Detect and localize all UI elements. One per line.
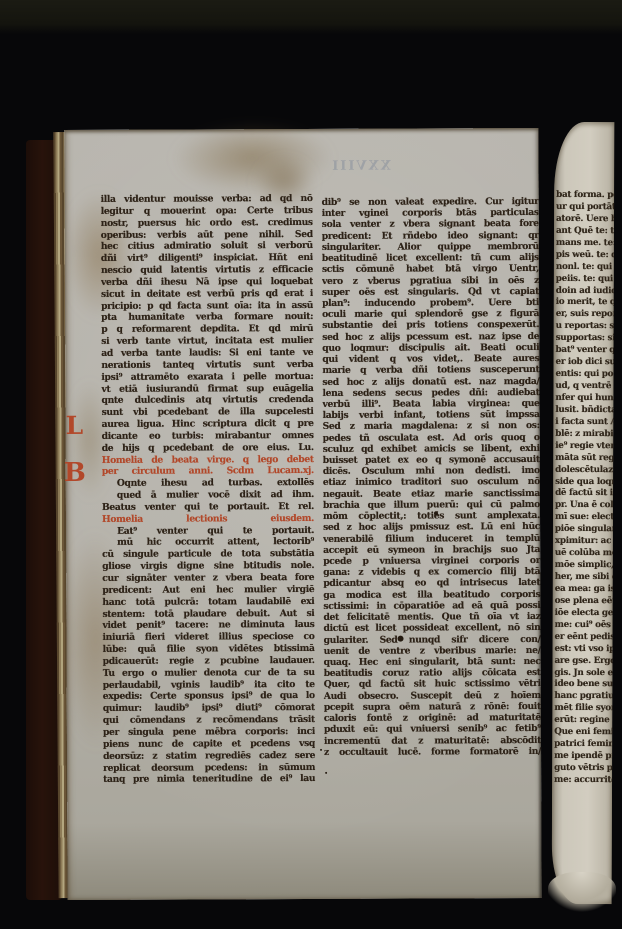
text-line: stentem: totā plaudare debuit. Aut si xyxy=(102,607,314,620)
photo-background: XXVIII illa videntur mouisse verba: ad q… xyxy=(0,0,622,929)
text-line: uē colūba mea xyxy=(555,548,615,560)
text-line: pta humanitate verba formare nouit: xyxy=(101,311,313,324)
text-line: cur signāter venter z vbera beata fore xyxy=(102,572,314,585)
text-line: ipsi⁹ attramēto exarata i pelle mortua: xyxy=(101,371,313,384)
text-line: mī sue: electa xyxy=(555,512,614,524)
rubricated-initial-L: L xyxy=(66,413,84,438)
text-line: sola venter z vbera signant beata fore xyxy=(322,218,539,230)
text-line: pcepit supra oēm naturā z rōnē: fouit xyxy=(324,701,541,713)
text-line: buisset patet ex eo q symonē accusauit xyxy=(323,454,540,466)
text-line: beatitudis coruz ratio alijs cōicata est xyxy=(324,667,541,679)
text-line: legitur q mouerint opa: Certe tribus xyxy=(101,205,313,218)
text-line: Quer, qd factū sit huic sctissimo vētri xyxy=(324,678,541,690)
text-line: ea mea: ga ista xyxy=(555,584,615,596)
text-line: per singula pene mēbra corporis: inci xyxy=(103,726,315,739)
text-line: bat⁹ venter qui t xyxy=(556,345,615,357)
text-line: aurea ligua. Hinc scriptura dicit q pre xyxy=(102,418,314,431)
text-line: mans me. te: qui xyxy=(556,238,614,250)
text-line: iōe electa genit xyxy=(555,608,615,620)
text-line: sed hoc z alijs pcessum est. naz ipse de xyxy=(322,331,539,343)
text-line: piōe singular, xyxy=(555,524,614,536)
text-line: venerabilē filium induceret in templū xyxy=(323,533,540,545)
text-line: sctissimi: in cōparatiōe ad eā quā possi xyxy=(323,600,540,612)
text-line: dib⁹ se non valeat expedire. Cur igitur xyxy=(322,196,539,208)
text-line: pdicantur absq eo qd intrisecus latet xyxy=(323,577,540,589)
text-line: ad verba tante laudis: Si eni tante ve xyxy=(101,347,313,360)
text-line: singulariter. Alior quippe membrorū xyxy=(322,241,539,253)
text-line: nerationis tanteq virtutis sunt verba xyxy=(101,359,313,372)
text-line: māta sūt regiō xyxy=(555,453,614,465)
text-line: Audi obsecro. Suscepit deū z hoīem xyxy=(324,690,541,702)
text-line: her, me sibi de xyxy=(555,572,615,584)
text-line: predicent: Et rñdebo ideo signant: qr xyxy=(322,230,539,242)
text-line: blē: z mirabilit xyxy=(555,429,614,441)
text-line: deorsūz: z statim regrediēs cadez sere xyxy=(103,750,315,763)
text-line: me: accurrite obs xyxy=(554,775,614,787)
text-line: replicat deorsum pcedens: in sūmum xyxy=(103,761,315,774)
text-line: expedis: Certe sponsus ipsi⁹ de qua lo xyxy=(103,690,315,703)
text-line: ant Quē te: te: xyxy=(556,226,614,238)
text-line: dolescētulaz: n xyxy=(555,464,614,476)
text-line: Sed z maria magdalena: z si non os: xyxy=(323,420,540,432)
text-line: det felicitatē mentis. Que tñ oīa vt iaz xyxy=(323,611,540,623)
next-page-text-column: bat forma. portaur qui portāt oratorē. U… xyxy=(554,190,614,787)
text-line: tanq pre nimia teneritudine de ei⁹ lau xyxy=(103,773,315,786)
text-line: lena sedens secus pedes dñi: audiebat xyxy=(322,387,539,399)
ink-blot xyxy=(320,749,322,751)
text-line: peiis. te: qui co xyxy=(556,273,615,285)
text-line: Tu ergo o mulier denota cur de ta su xyxy=(103,667,315,680)
text-line: i facta sunt Aud xyxy=(555,417,614,429)
text-line: guto vētris pala xyxy=(554,763,614,775)
text-line: quaq. Hec eni singularit, btā sunt: nec xyxy=(324,656,541,668)
text-line: sed z hoc alijs pmissuz est. Lū eni hūc xyxy=(323,521,540,533)
text-line: qued ā mulier vocē dixit ad ihm. xyxy=(102,489,314,502)
text-line: qui cōmendans z recōmendans trāsit xyxy=(103,714,315,727)
text-line: etiaz inimico traditori suo osculum nō xyxy=(323,476,540,488)
text-line: sculuz qd exhibet amicis se libent, exhi xyxy=(323,443,540,455)
text-line: mēt filie syon: xyxy=(554,703,614,715)
text-line: piens nunc de capite et pcedens vsq xyxy=(103,738,315,751)
text-line: negauit. Beate etiaz marie sanctissima xyxy=(323,488,540,500)
left-text-column: illa videntur mouisse verba: ad qd nōleg… xyxy=(101,193,316,786)
text-line: caloris fontē z originē: ad maturitatē xyxy=(324,712,541,724)
text-line: gulariter. Sed nunqd sifr dicere con/ xyxy=(324,633,541,645)
ink-blot xyxy=(325,772,327,774)
text-line: ie⁹ regie vtero ta xyxy=(555,441,614,453)
text-line: z occultauit lucē. forme formatorē in/ xyxy=(324,746,541,758)
text-line: sicut in deitate est verbū pris qd erat … xyxy=(101,288,313,301)
text-line: qui vident q vos videt,. Beate aures xyxy=(322,353,539,365)
text-line: nostr, puersus hic ordo est. credimus xyxy=(101,217,313,230)
text-line: videt penit⁹ tacere: ne diminuta laus xyxy=(102,619,314,632)
text-line: pedes tñ osculata est. Ad oris quoq o xyxy=(323,432,540,444)
text-line: marie q verba dñi totiens susceperunt xyxy=(322,364,539,376)
text-line: incrementū dat z maturitatē: abscōdit xyxy=(324,734,541,746)
text-line: accepit eū symeon in brachijs suo Jta xyxy=(323,544,540,556)
text-line: side qua loqmur xyxy=(555,476,614,488)
text-line: plan⁹: inducendo probem⁹. Uere bti xyxy=(322,297,539,309)
text-line: io merit, te qui xyxy=(556,297,615,309)
text-line: super oēs est singularis. Qd vt capiat xyxy=(322,286,539,298)
text-line: gis. Jn sole eni p xyxy=(554,667,614,679)
text-line: Beatus venter qui te portauit. Et rel. xyxy=(102,501,314,514)
text-line: supportas: sic co xyxy=(556,333,615,345)
text-line: beatitudinē licet excellent: tñ cum alij… xyxy=(322,252,539,264)
text-line: de hijs q pcedebant de ore eius. Lu. xyxy=(102,442,314,455)
text-line: lusit. bñdicta a d xyxy=(555,405,614,417)
text-line: are gse. Ergo xyxy=(554,655,614,667)
text-line: verbū illi⁹. Beata labia virginea: que xyxy=(322,398,539,410)
text-line: patrici feminē xyxy=(554,739,614,751)
text-line: perlaudabil, vginis laudib⁹ ita cito te xyxy=(103,679,315,692)
text-line: pcede p vniuersa virginei corporis or xyxy=(323,555,540,567)
text-line: operibus: verbis aūt pene nihil. Sed xyxy=(101,228,313,241)
text-line: ose plena eēt ml xyxy=(555,596,615,608)
text-line: mōm cōplectit,: totiēs sunt amplexata. xyxy=(323,510,540,522)
text-line: er eēnt pedisse xyxy=(555,632,615,644)
text-line: me: cui⁹ oēs fil xyxy=(555,620,615,632)
rubricated-initial-B: B xyxy=(64,460,86,486)
text-line: pricipio: p qd facta sunt oīa: ita in as… xyxy=(101,300,313,313)
text-line: ideo bene sub xyxy=(554,679,614,691)
text-line: Homelia lectionis eiusdem. xyxy=(102,513,314,526)
text-line: pduxit eū: qui vniuersi senib⁹ ac fetib⁹ xyxy=(324,723,541,735)
text-line: quo loqmur: discipulis ait. Beati oculi xyxy=(322,342,539,354)
text-line: u reportas: sic a xyxy=(556,321,615,333)
text-line: entis: qui porta xyxy=(555,369,614,381)
photo-top-band xyxy=(0,0,622,34)
page-stain xyxy=(172,123,332,194)
text-line: labijs verbi infant, totiens sūt impssa xyxy=(323,409,540,421)
text-line: inter vginei corporis btās particulas xyxy=(322,207,539,219)
text-line: ga modica est illa beatitudo corporis xyxy=(323,589,540,601)
text-line: dicante eo turbis: mirabantur omnes xyxy=(102,430,314,443)
folio-number-showthrough: XXVIII xyxy=(320,159,400,174)
text-line: ud, q ventrē ist xyxy=(555,381,614,393)
text-line: bat forma. porta xyxy=(556,190,614,202)
text-line: pis weū. te: qui e xyxy=(556,250,614,262)
text-line: substantie dei pris totiens conspexerūt. xyxy=(322,319,539,331)
text-line: Oqnte ihesu ad turbas. extollēs xyxy=(102,477,314,490)
text-line: vero z vberus pgratiua sibi in oēs z xyxy=(322,274,539,286)
text-line: p q reformarent depdita. Et qd mirū xyxy=(101,323,313,336)
text-line: cū singule particule de tota substātia xyxy=(102,548,314,561)
text-line: iniuriā fieri videret illius speciose co xyxy=(103,631,315,644)
right-text-column: dib⁹ se non valeat expedire. Cur igituri… xyxy=(322,196,541,758)
text-line: pr. Una ē colū xyxy=(555,500,614,512)
text-line: vt etiā iusiurandū firmat sup euāgelia xyxy=(101,382,313,395)
text-line: per circulum anni. Scdm Lucam.xj. xyxy=(102,465,314,478)
text-line: Que eni femina xyxy=(554,727,614,739)
text-line: nfer qui hunc v xyxy=(555,393,614,405)
text-line: dicēs. Osculum mhi non dedisti. imo xyxy=(323,465,540,477)
text-line: est: vti vso ip xyxy=(555,644,615,656)
text-line: hanc totā pulcrā: totam laudabilē exi xyxy=(102,596,314,609)
text-line: dē factū sit illi xyxy=(555,488,614,500)
text-line: dictū est licet possideat excellent, nō … xyxy=(323,622,540,634)
text-line: nonl. te: qui sup xyxy=(556,262,615,274)
text-line: hanc pgratiu a xyxy=(554,691,614,703)
text-line: si verb tante virtut, incitata est mulie… xyxy=(101,335,313,348)
text-line: er iob dici suo xyxy=(556,357,615,369)
text-line: verba dñi ihesu Nā ipse qui loquebat xyxy=(101,276,313,289)
ink-blot xyxy=(398,636,404,642)
text-line: Eat⁹ venter qui te portauit. xyxy=(102,525,314,538)
text-line: qnte dulcedinis atq virtutis credenda xyxy=(101,394,313,407)
text-line: sed hoc z alijs donatū est. naz magda/ xyxy=(322,375,539,387)
text-line: nescio quid latentis virtutis z efficaci… xyxy=(101,264,313,277)
text-line: dñi virt⁹ diligenti⁹ inspiciat. Hñt eni xyxy=(101,252,313,265)
text-line: illa videntur mouisse verba: ad qd nō xyxy=(101,193,313,206)
next-page-edge: bat forma. portaur qui portāt oratorē. U… xyxy=(552,122,615,904)
text-line: doin ad iudiciū: xyxy=(556,285,615,297)
text-line: gliose virgis digne sine btitudis nole. xyxy=(102,560,314,573)
text-line: atorē. Uere b xyxy=(556,214,614,226)
text-line: ur qui portāt or xyxy=(556,202,614,214)
text-line: oculi marie qui splendorē gse z figurā xyxy=(322,308,539,320)
text-line: quimur: laudib⁹ ipsi⁹ diuti⁹ cōmorat xyxy=(103,702,315,715)
text-line: xpimitur: ac si a xyxy=(555,536,614,548)
text-line: mōe simplic, xyxy=(555,560,615,572)
text-line: me ipendē pre a xyxy=(554,751,614,763)
text-line: hec citius admiratio soluit si verborū xyxy=(101,240,313,253)
text-line: Homelia de beata virge. q lego debet xyxy=(102,454,314,467)
ink-blot xyxy=(434,511,438,515)
manuscript-page: XXVIII illa videntur mouisse verba: ad q… xyxy=(64,128,541,900)
text-line: sctis cōmunē habet btā virgo Uentr, xyxy=(322,263,539,275)
text-line: sunt vbi pcedebant de illa supcelesti xyxy=(102,406,314,419)
text-line: mū hic occurrit attent, lectorib⁹ xyxy=(102,536,314,549)
text-line: er, suis reporta xyxy=(556,309,615,321)
next-page-bottom-curl xyxy=(548,872,616,912)
text-line: predicent: Aut eni hec mulier virgiē xyxy=(102,584,314,597)
text-line: uenit de ventre z vberibus marie: ne/ xyxy=(324,645,541,657)
text-line: lūbe: quā filie syon vidētes btissimā xyxy=(103,643,315,656)
text-line: erūt: regine z p xyxy=(554,715,614,727)
text-line: pdicauerūt: regie z pcubine laudauer. xyxy=(103,655,315,668)
text-line: brachia que illum puerū: qui cū palmo xyxy=(323,499,540,511)
text-line: gana: z videbis q ex comercio filij btā xyxy=(323,566,540,578)
